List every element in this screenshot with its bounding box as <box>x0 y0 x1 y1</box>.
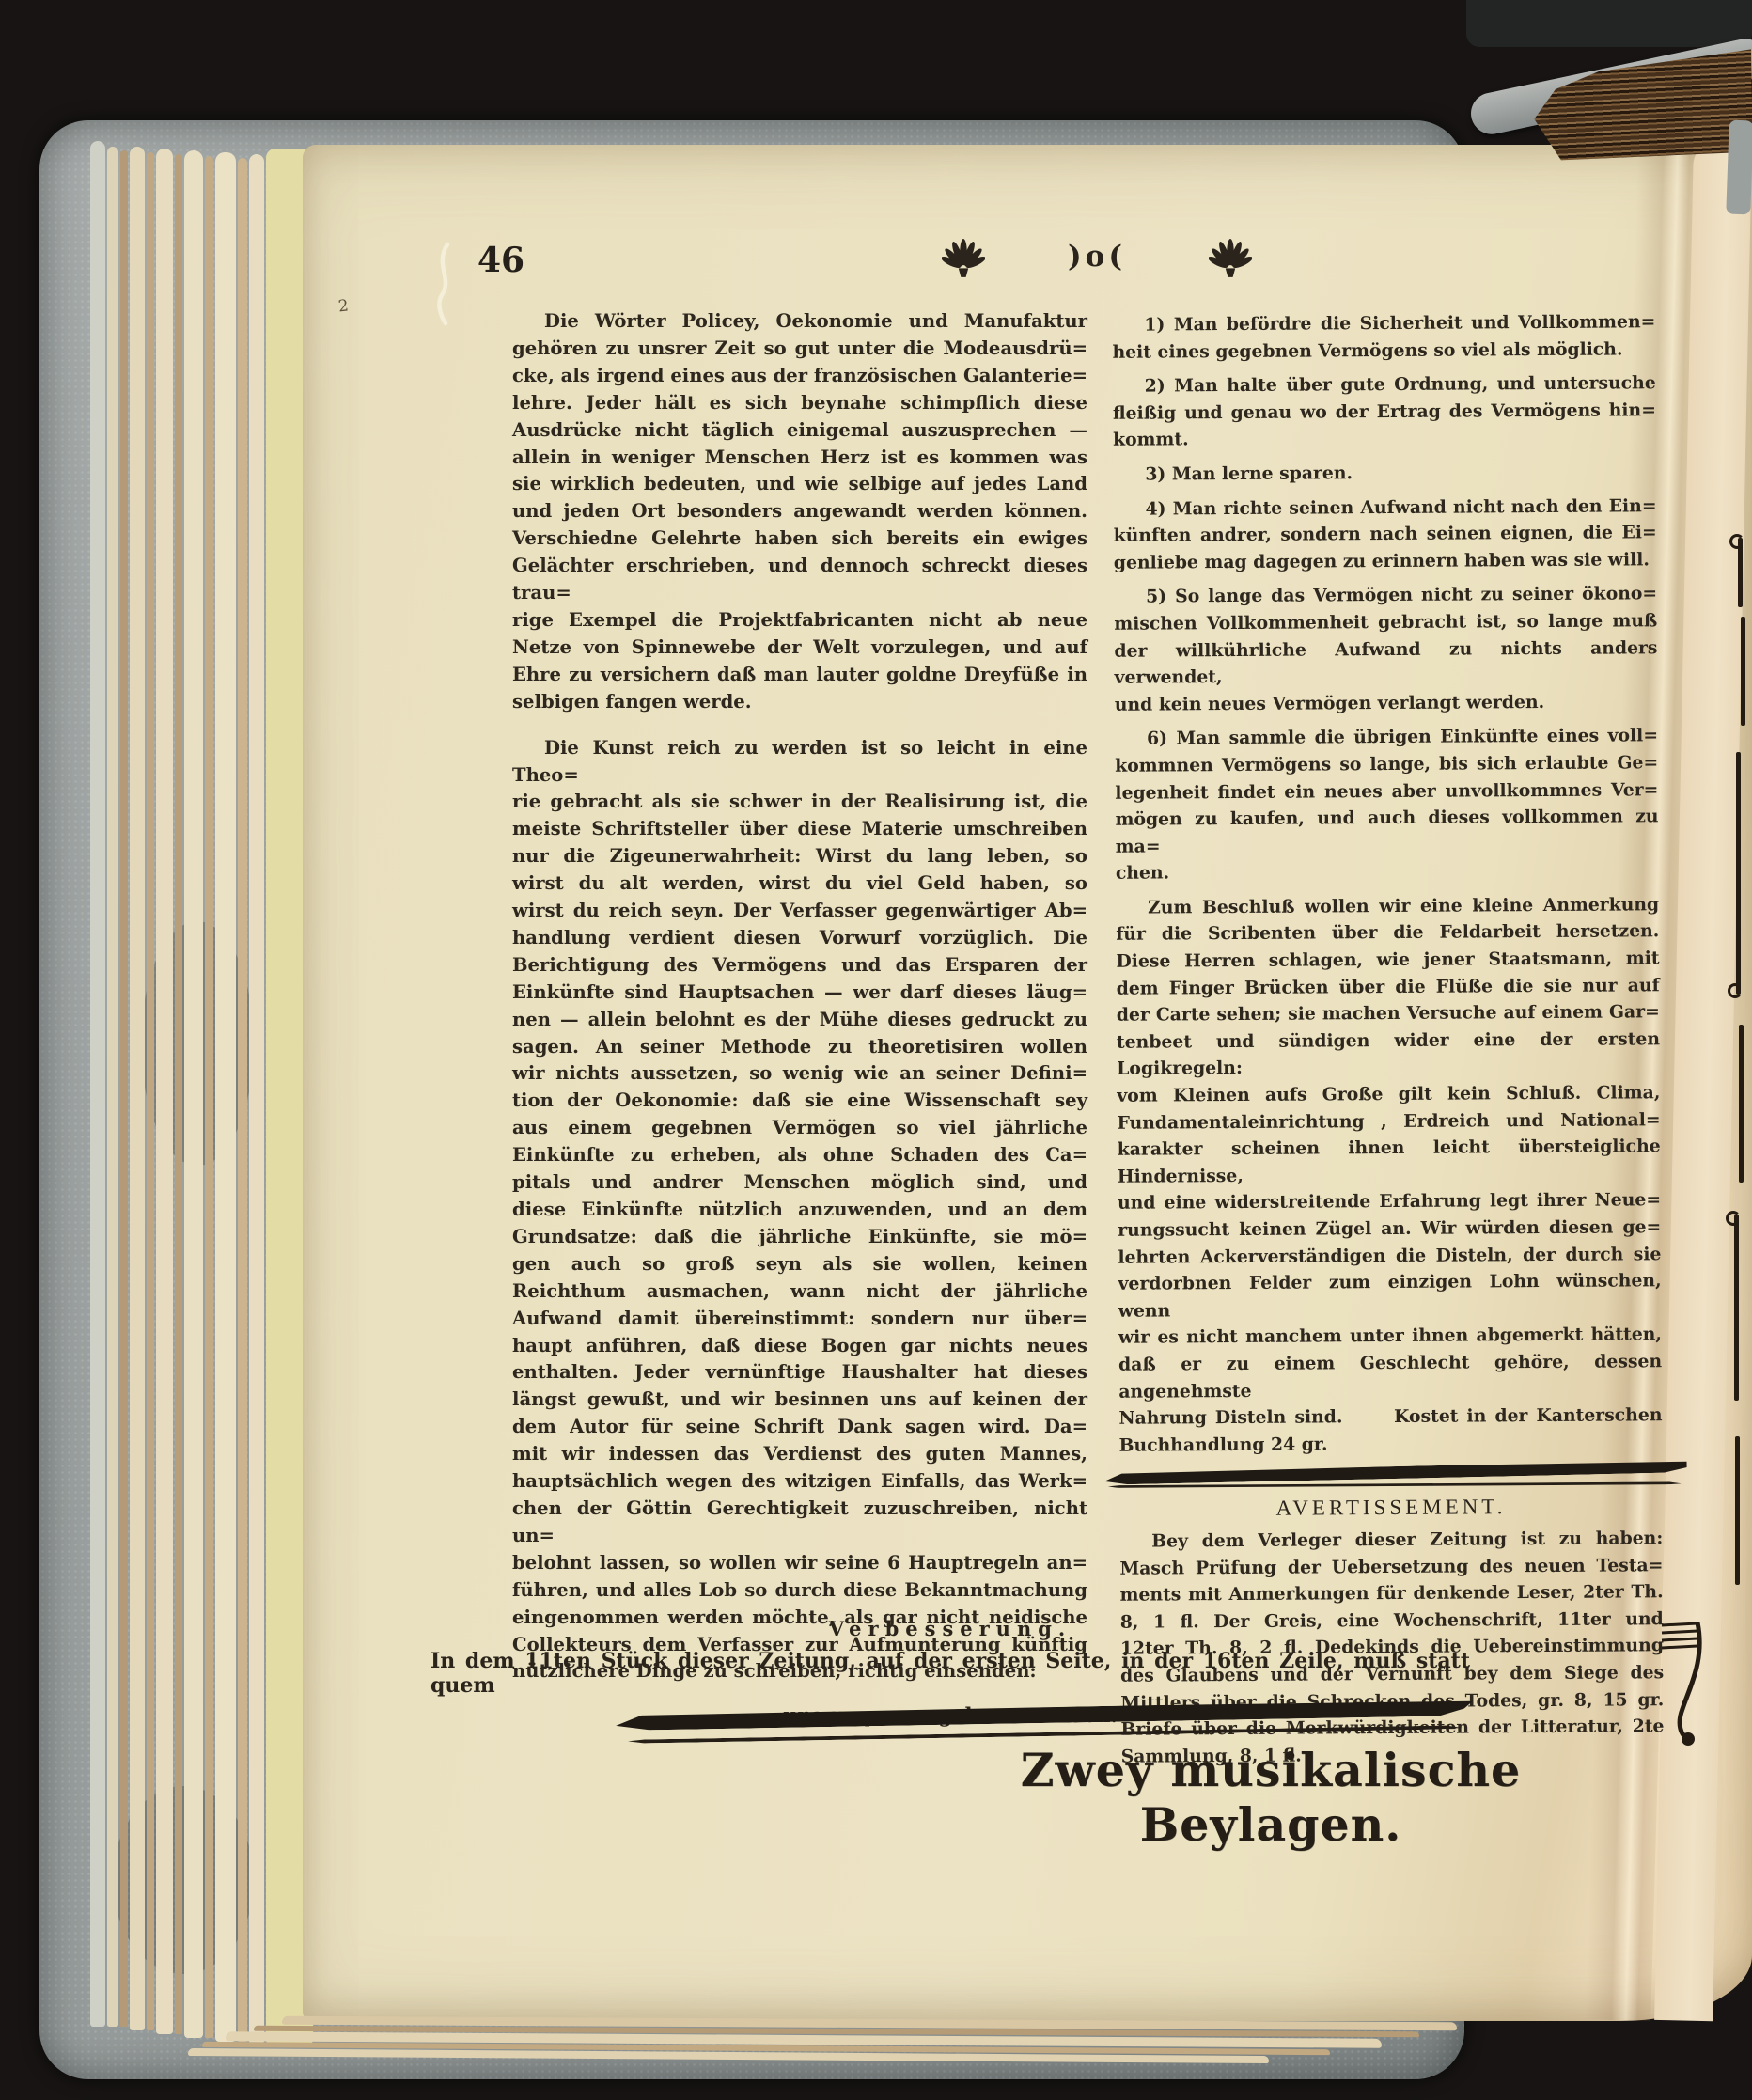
page-edge <box>147 152 154 2030</box>
text-line: führen, und alles Lob so durch diese Bek… <box>512 1577 1087 1605</box>
text-line: allein in weniger Menschen Herz ist es k… <box>512 445 1087 472</box>
left-column: Die Wörter Policey, Oekonomie und Manufa… <box>512 308 1087 1685</box>
page-edge <box>238 158 247 2042</box>
text-line: enthalten. Jeder vernünftige Haushalter … <box>512 1359 1087 1387</box>
paragraph: Die Kunst reich zu werden ist so leicht … <box>512 735 1087 1686</box>
text-line: Fundamentaleinrichtung , Erdreich und Na… <box>1117 1106 1660 1136</box>
cover-corner <box>1726 120 1752 215</box>
text-line: Ehre zu versichern daß man lauter goldne… <box>512 662 1087 689</box>
text-line: Nahrung Disteln sind. Kostet in der Kant… <box>1118 1402 1662 1432</box>
page-edge <box>249 154 264 2044</box>
text-line: lehre. Jeder hält es sich beynahe schimp… <box>512 390 1087 417</box>
text-line: verdorbnen Felder zum einzigen Lohn wüns… <box>1118 1267 1661 1324</box>
paragraph: Zum Beschluß wollen wir eine kleine Anme… <box>1116 891 1663 1459</box>
text-line: Ausdrücke nicht täglich einigemal auszus… <box>512 417 1087 445</box>
page-edge <box>205 156 213 2038</box>
text-line: pitals und andrer Menschen möglich sind,… <box>512 1169 1087 1197</box>
text-line: und kein neues Vermögen verlangt werden. <box>1115 688 1658 718</box>
text-line: Aufwand damit übereinstimmt: sondern nur… <box>512 1306 1087 1333</box>
text-line: handlung verdient diesen Vorwurf vorzügl… <box>512 925 1087 952</box>
text-line: gehören zu unsrer Zeit so gut unter die … <box>512 336 1087 363</box>
page-number: 46 <box>477 241 524 280</box>
text-line: und jeden Ort besonders angewandt werden… <box>512 498 1087 525</box>
text-line: chen der Göttin Gerechtigkeit zuzuschrei… <box>512 1496 1087 1550</box>
text-line: diese Einkünfte nützlich anzuwenden, und… <box>512 1197 1087 1224</box>
text-line: Diese Herren schlagen, wie jener Staatsm… <box>1116 945 1659 975</box>
page-edge <box>90 141 105 2027</box>
right-column: 1) Man befördre die Sicherheit und Vollk… <box>1112 308 1664 1770</box>
paragraph: 4) Man richte seinen Aufwand nicht nach … <box>1113 493 1657 576</box>
music-brace-icon <box>1738 538 1743 607</box>
text-line: daß er zu einem Geschlecht gehöre, desse… <box>1118 1348 1662 1405</box>
text-line: künften andrer, sondern nach seinen eign… <box>1114 519 1657 549</box>
text-line: dem Autor für seine Schrift Dank sagen w… <box>512 1414 1087 1441</box>
text-line: Netze von Spinnewebe der Welt vorzulegen… <box>512 635 1087 662</box>
music-brace-icon <box>1734 1215 1739 1401</box>
text-line: längst gewußt, und wir besinnen uns auf … <box>512 1387 1087 1414</box>
book-fore-edge <box>1533 39 1752 165</box>
text-line: karakter scheinen ihnen leicht übersteig… <box>1118 1133 1661 1190</box>
text-line: 5) So lange das Vermögen nicht zu seiner… <box>1114 581 1657 611</box>
text-line: heit eines gegebnen Vermögens so viel al… <box>1112 336 1655 366</box>
text-line: rie gebracht als sie schwer in der Reali… <box>512 789 1087 816</box>
text-line: 3) Man lerne sparen. <box>1113 458 1656 488</box>
text-line: Die Kunst reich zu werden ist so leicht … <box>512 735 1087 790</box>
text-line: Verschiedne Gelehrte haben sich bereits … <box>512 525 1087 553</box>
page-edge <box>107 147 118 2027</box>
text-line: Die Wörter Policey, Oekonomie und Manufa… <box>512 308 1087 336</box>
correction-line-1: In dem 11ten Stück dieser Zeitung, auf d… <box>430 1649 1470 1698</box>
text-line: meiste Schriftsteller über diese Materie… <box>512 816 1087 843</box>
supplement-notice: Zwey musikalische Beylagen. <box>940 1743 1602 1852</box>
text-line: nen — allein belohnt es der Mühe dieses … <box>512 1007 1087 1034</box>
text-line: haupt anführen, daß diese Bogen gar nich… <box>512 1333 1087 1360</box>
music-staff-icon <box>1656 1619 1707 1748</box>
text-line: rige Exempel die Projektfabricanten nich… <box>512 607 1087 635</box>
text-line: nur die Zigeunerwahrheit: Wirst du lang … <box>512 843 1087 870</box>
text-line: mit wir indessen das Verdienst des guten… <box>512 1441 1087 1468</box>
page-edge <box>130 147 145 2030</box>
paragraph: 6) Man sammle die übrigen Einkünfte eine… <box>1115 723 1659 887</box>
text-line: tion der Oekonomie: daß sie eine Wissens… <box>512 1088 1087 1115</box>
text-line: vom Kleinen aufs Große gilt kein Schluß.… <box>1117 1079 1660 1109</box>
music-brace-icon <box>1736 752 1741 995</box>
paragraph: Die Wörter Policey, Oekonomie und Manufa… <box>512 308 1087 716</box>
margin-annotation: 2 <box>337 296 350 316</box>
music-brace-icon <box>1739 1025 1744 1183</box>
text-line: legenheit findet ein neues aber unvollko… <box>1115 776 1658 807</box>
paragraph: 5) So lange das Vermögen nicht zu seiner… <box>1114 581 1658 718</box>
text-line: kommnen Vermögens so lange, bis sich erl… <box>1115 749 1658 779</box>
text-line: Grundsatze: daß die jährliche Einkünfte,… <box>512 1224 1087 1251</box>
text-line: wirst du alt werden, wirst du viel Geld … <box>512 870 1087 898</box>
text-line: chen. <box>1116 857 1659 887</box>
text-line: 6) Man sammle die übrigen Einkünfte eine… <box>1115 723 1658 753</box>
text-line: wirst du reich seyn. Der Verfasser gegen… <box>512 898 1087 925</box>
scanned-book-photo: 46 2 )o( <box>0 0 1752 2100</box>
right-column-paragraphs: 1) Man befördre die Sicherheit und Vollk… <box>1112 308 1662 1459</box>
text-line: und eine widerstreitende Erfahrung legt … <box>1118 1187 1661 1217</box>
text-line: rungssucht keinen Zügel an. Wir würden d… <box>1118 1214 1661 1244</box>
text-line: dem Finger Brücken über die Flüße die si… <box>1117 972 1660 1002</box>
music-brace-icon <box>1741 617 1745 726</box>
paper-scratch <box>432 241 457 327</box>
page-edge <box>184 150 203 2038</box>
text-line: mischen Vollkommenheit gebracht ist, so … <box>1114 607 1657 637</box>
text-line: Buchhandlung 24 gr. <box>1119 1429 1663 1459</box>
text-line: tenbeet und sündigen wider eine der erst… <box>1117 1026 1660 1083</box>
page-edge <box>215 152 236 2042</box>
text-line: cke, als irgend eines aus der französisc… <box>512 363 1087 390</box>
section-divider-bar <box>1104 1461 1687 1486</box>
text-line: der Carte sehen; sie machen Versuche auf… <box>1117 998 1660 1028</box>
page-edge <box>175 154 182 2034</box>
header-ornaments: )o( <box>942 239 1252 280</box>
text-line: Zum Beschluß wollen wir eine kleine Anme… <box>1116 891 1659 921</box>
page-edge <box>156 149 173 2034</box>
text-line: für die Scribenten über die Feldarbeit h… <box>1116 918 1659 948</box>
text-line: Reichthum ausmachen, wann nicht der jähr… <box>512 1278 1087 1306</box>
paragraph: 1) Man befördre die Sicherheit und Vollk… <box>1112 308 1655 366</box>
text-line: kommt. <box>1113 424 1656 454</box>
shell-fleuron-icon <box>1209 239 1252 280</box>
cover-spine-shadow <box>1466 0 1752 47</box>
text-line: aus einem gegebnen Vermögen so viel jähr… <box>512 1115 1087 1142</box>
music-brace-icon <box>1735 1436 1740 1585</box>
paragraph: 3) Man lerne sparen. <box>1113 458 1656 488</box>
text-line: belohnt lassen, so wollen wir seine 6 Ha… <box>512 1550 1087 1577</box>
paragraph: 2) Man halte über gute Ordnung, und unte… <box>1113 369 1657 453</box>
text-line: der willkührliche Aufwand zu nichts ande… <box>1114 635 1657 692</box>
text-line: mögen zu kaufen, und auch dieses vollkom… <box>1115 803 1658 860</box>
text-line: selbigen fangen werde. <box>512 689 1087 716</box>
text-line: ments mit Anmerkungen für denkende Leser… <box>1120 1578 1664 1608</box>
text-line: 4) Man richte seinen Aufwand nicht nach … <box>1113 493 1656 523</box>
text-line: Berichtigung des Vermögens und das Erspa… <box>512 952 1087 979</box>
text-line: genliebe mag dagegen zu erinnern haben w… <box>1114 546 1657 576</box>
text-line: gen auch so groß seyn als sie wollen, ke… <box>512 1251 1087 1278</box>
text-line: sie wirklich bedeuten, und wie selbige a… <box>512 471 1087 498</box>
text-line: Einkünfte sind Hauptsachen — wer darf di… <box>512 979 1087 1007</box>
page-edge <box>120 150 128 2027</box>
text-line: Bey dem Verleger dieser Zeitung ist zu h… <box>1119 1525 1663 1555</box>
text-line: 1) Man befördre die Sicherheit und Vollk… <box>1112 308 1655 338</box>
advertisement-heading: AVERTISSEMENT. <box>1119 1494 1663 1524</box>
text-line: fleißig und genau wo der Ertrag des Verm… <box>1113 397 1656 427</box>
text-line: 2) Man halte über gute Ordnung, und unte… <box>1113 369 1656 400</box>
text-line: Einkünfte zu erheben, als ohne Schaden d… <box>512 1142 1087 1169</box>
text-line: Masch Prüfung der Uebersetzung des neuen… <box>1119 1552 1663 1582</box>
correction-heading: Verbesserung. <box>430 1617 1470 1640</box>
text-line: sagen. An seiner Methode zu theoretisire… <box>512 1034 1087 1061</box>
header-rule-ornament: )o( <box>1068 240 1126 274</box>
text-line: lehrten Ackerverständigen die Disteln, d… <box>1118 1241 1661 1271</box>
text-line: wir nichts aussetzen, so wenig wie an se… <box>512 1060 1087 1088</box>
shell-fleuron-icon <box>942 239 985 280</box>
text-line: wir es nicht manchem unter ihnen abgemer… <box>1118 1322 1662 1352</box>
text-line: hauptsächlich wegen des witzigen Einfall… <box>512 1468 1087 1496</box>
text-line: Gelächter erschrieben, und dennoch schre… <box>512 553 1087 607</box>
